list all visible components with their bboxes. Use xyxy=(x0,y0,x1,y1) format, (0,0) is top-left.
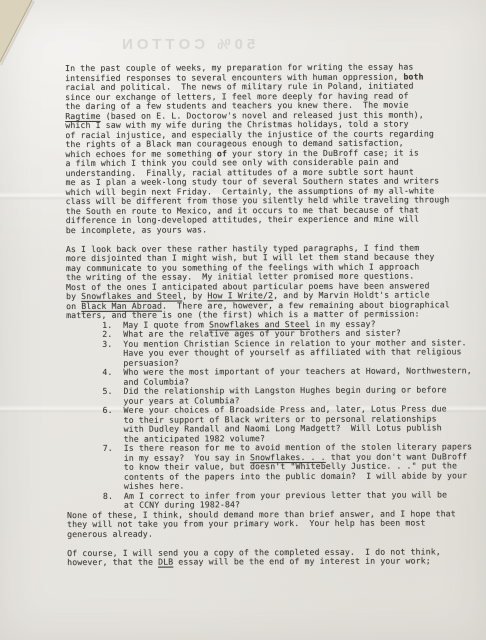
text-segment: however, that the xyxy=(67,557,158,567)
text-segment: at CCNY during 1982-84? xyxy=(124,499,240,510)
scanned-letter-page: 50% COTTON In the past couple of weeks, … xyxy=(0,0,486,640)
text-line: at CCNY during 1982-84? xyxy=(124,499,467,510)
letter-body: In the past couple of weeks, my preparat… xyxy=(65,62,467,567)
paragraph-3: Of course, I will send you a copy of the… xyxy=(67,547,467,568)
question-item: 3.You mention Christian Science in relat… xyxy=(66,338,466,368)
paragraph-1: In the past couple of weeks, my preparat… xyxy=(65,62,466,235)
text-segment: essay will be the end of my interest in … xyxy=(173,555,431,566)
question-number: 8. xyxy=(103,491,113,501)
question-item: 8.Am I correct to infer from your previo… xyxy=(67,490,467,511)
paper-watermark: 50% COTTON xyxy=(118,36,255,54)
text-segment: generous already. xyxy=(67,528,153,538)
text-segment: Have you ever thought of yourself as aff… xyxy=(123,346,461,357)
text-segment: contents of the papers into the public d… xyxy=(124,470,467,481)
question-number: 7. xyxy=(103,444,113,454)
question-text: Am I correct to infer from your previous… xyxy=(124,490,467,510)
question-number: 3. xyxy=(102,339,112,349)
question-list: 1.May I quote from Snowflakes and Steel … xyxy=(66,319,467,511)
question-text: Is there reason for me to avoid mention … xyxy=(124,442,467,491)
text-line: however, that the DLB essay will be the … xyxy=(67,556,467,567)
underlined-text: DLB xyxy=(158,557,173,567)
underlying-sheet-corner xyxy=(0,0,44,72)
question-number: 5. xyxy=(102,387,112,397)
text-segment: with Dudley Randall and Naomi Long Madge… xyxy=(124,422,442,433)
text-segment: be incomplete, as yours was. xyxy=(66,224,207,235)
question-number: 6. xyxy=(102,406,112,416)
question-text: Were your choices of Broadside Press and… xyxy=(123,404,466,443)
question-item: 6.Were your choices of Broadside Press a… xyxy=(66,404,466,444)
question-number: 4. xyxy=(102,368,112,378)
text-segment: Am I correct to infer from your previous… xyxy=(124,489,447,500)
text-segment: Who were the most important of your teac… xyxy=(123,365,471,377)
paragraph-2-close: None of these, I think, should demand mo… xyxy=(67,509,467,539)
question-item: 7.Is there reason for me to avoid mentio… xyxy=(67,442,467,491)
text-segment: Did the relationship with Langston Hughe… xyxy=(123,384,446,395)
question-text: You mention Christian Science in relatio… xyxy=(123,338,466,368)
watermark-text: 50% COTTON xyxy=(118,36,255,53)
text-segment: they will not take you from your primary… xyxy=(67,517,426,529)
paragraph-2: As I look back over these rather hastily… xyxy=(66,243,466,321)
